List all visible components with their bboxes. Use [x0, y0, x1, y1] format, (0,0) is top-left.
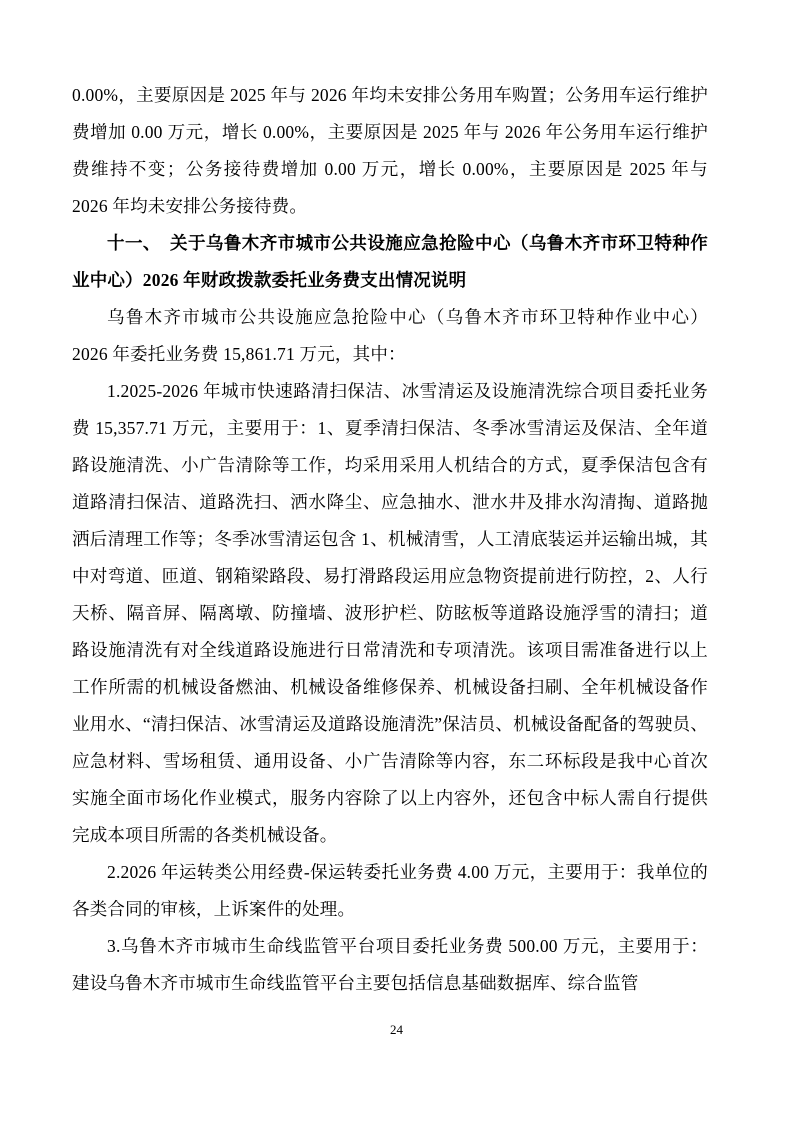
document-body: 0.00%，主要原因是 2025 年与 2026 年均未安排公务用车购置；公务用…	[72, 77, 708, 1002]
body: 3.乌鲁木齐市城市生命线监管平台项目委托业务费 500.00 万元，主要用于：建…	[72, 928, 708, 1002]
body: 2.2026 年运转类公用经费-保运转委托业务费 4.00 万元，主要用于：我单…	[72, 854, 708, 928]
body-continuation: 0.00%，主要原因是 2025 年与 2026 年均未安排公务用车购置；公务用…	[72, 77, 708, 225]
section-heading: 十一、 关于乌鲁木齐市城市公共设施应急抢险中心（乌鲁木齐市环卫特种作业中心）20…	[72, 225, 708, 299]
page-footer: 24	[0, 1021, 793, 1039]
body: 乌鲁木齐市城市公共设施应急抢险中心（乌鲁木齐市环卫特种作业中心）2026 年委托…	[72, 299, 708, 373]
document-page: 0.00%，主要原因是 2025 年与 2026 年均未安排公务用车购置；公务用…	[0, 0, 793, 1122]
page-number: 24	[390, 1022, 403, 1037]
body: 1.2025-2026 年城市快速路清扫保洁、冰雪清运及设施清洗综合项目委托业务…	[72, 373, 708, 854]
